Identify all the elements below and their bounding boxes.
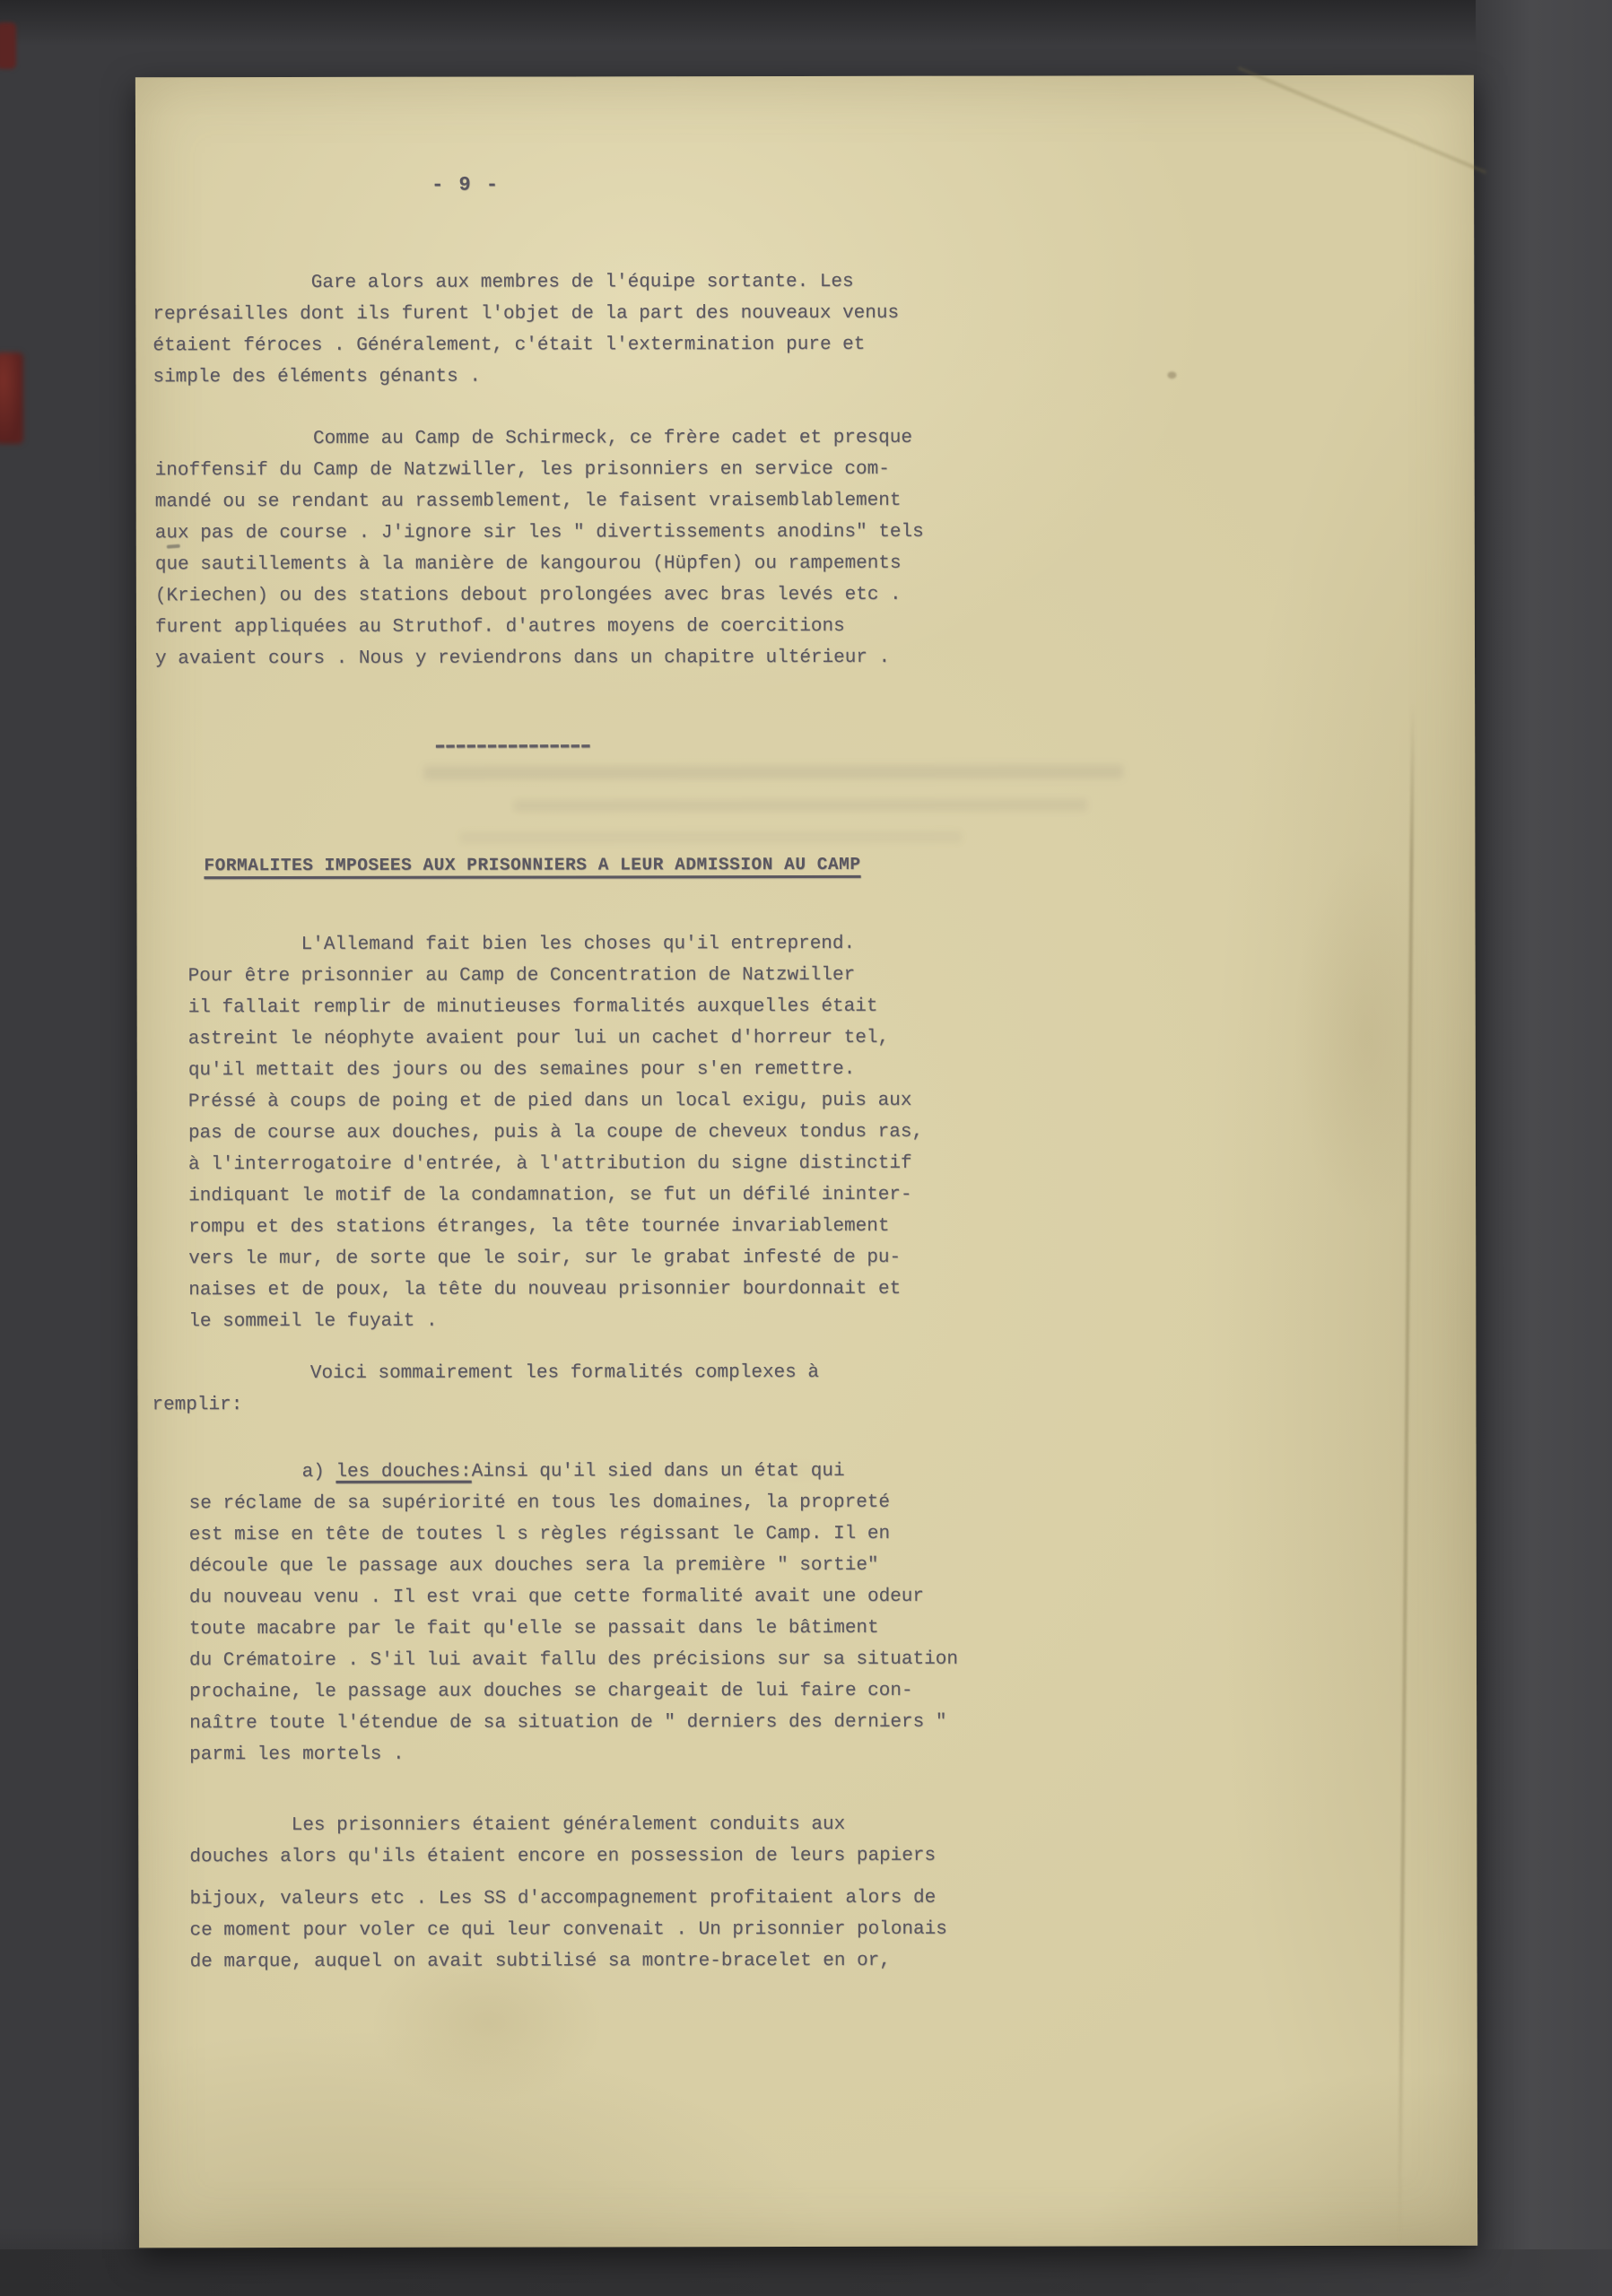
paper-crease-top-right: [1238, 66, 1487, 174]
paragraph-schirmeck: Comme au Camp de Schirmeck, ce frère cad…: [155, 422, 924, 674]
paragraph-prisonniers-part1: Les prisonniers étaient généralement con…: [189, 1809, 936, 1873]
section-a-body: Ainsi qu'il sied dans un état qui se réc…: [189, 1461, 958, 1765]
page-number: - 9 -: [431, 170, 500, 201]
photo-background: - 9 - Gare alors aux membres de l'équipe…: [0, 0, 1612, 2296]
ink-bleed-ghost: [459, 831, 962, 844]
section-a-douches: a) les douches:Ainsi qu'il sied dans un …: [189, 1456, 959, 1770]
section-heading: FORMALITES IMPOSEES AUX PRISONNIERS A LE…: [204, 849, 860, 882]
red-ink-mark-middle: [0, 352, 23, 444]
section-a-label: a): [189, 1462, 336, 1483]
paragraph-formalites-intro: Voici sommairement les formalités comple…: [152, 1357, 819, 1421]
paper: - 9 - Gare alors aux membres de l'équipe…: [135, 75, 1477, 2248]
paper-stain: [1167, 371, 1176, 378]
background-right-strip: [1476, 0, 1612, 2296]
ink-bleed-ghost: [513, 798, 1087, 812]
section-divider: –––––––––––––––: [434, 724, 590, 771]
section-a-term: les douches:: [335, 1462, 471, 1483]
paper-stain: [1294, 847, 1438, 1223]
background-bottom-strip: [0, 2249, 1612, 2296]
red-ink-mark-top: [0, 22, 16, 69]
paragraph-admission: L'Allemand fait bien les choses qu'il en…: [188, 928, 924, 1337]
paragraph-prisonniers-part2: bijoux, valeurs etc . Les SS d'accompagn…: [189, 1883, 947, 1978]
paragraph-intro: Gare alors aux membres de l'équipe sorta…: [152, 266, 899, 393]
